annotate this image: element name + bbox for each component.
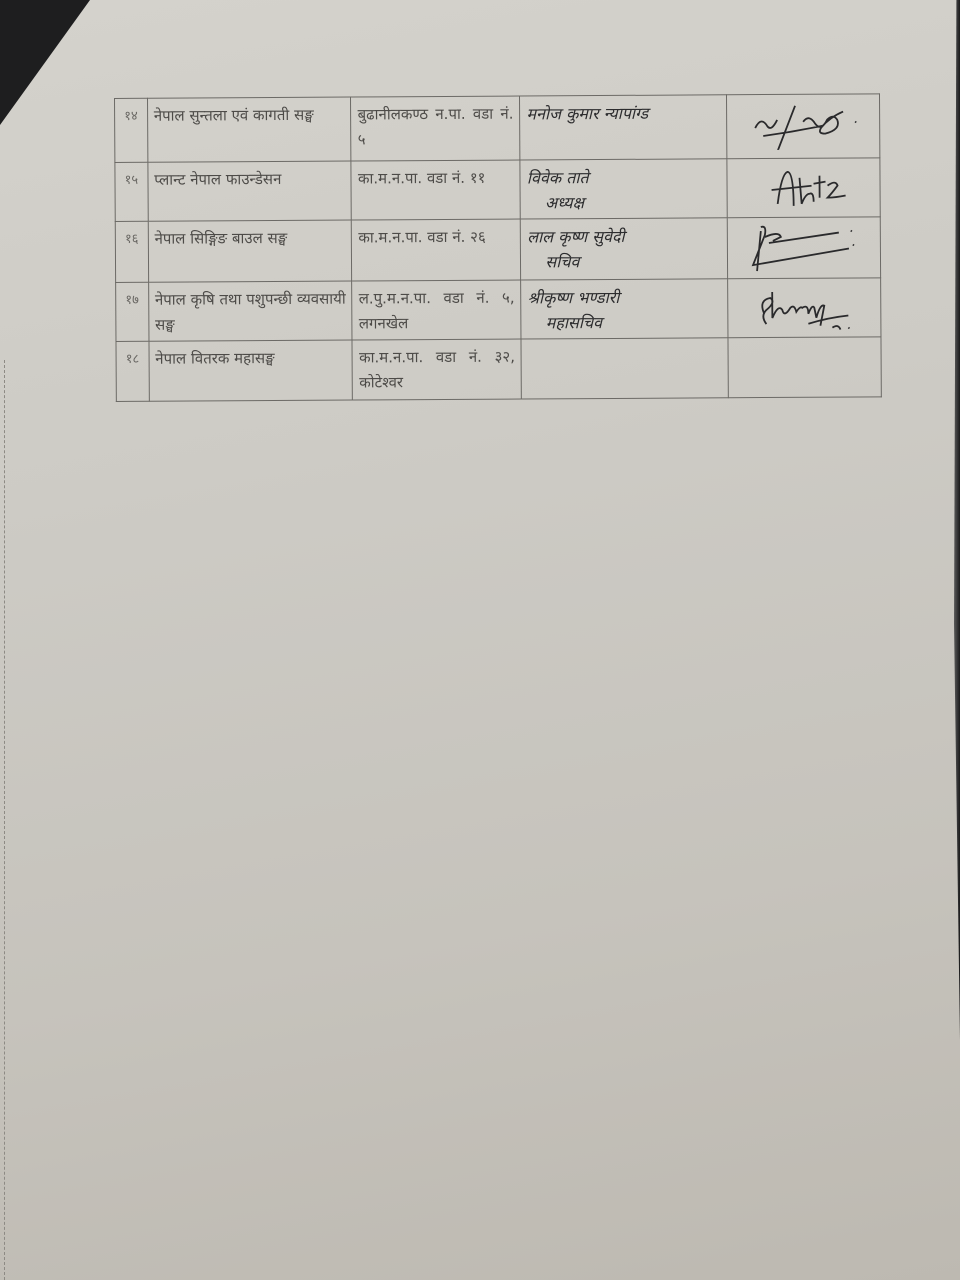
organization-name: नेपाल कृषि तथा पशुपन्छी व्यवसायी सङ्घ — [148, 281, 352, 341]
address: का.म.न.पा. वडा नं. २६ — [352, 219, 521, 281]
address: का.म.न.पा. वडा नं. ११ — [351, 160, 520, 220]
handwritten-name: मनोज कुमार न्यापांग्ड — [520, 95, 727, 160]
table-row: १४ नेपाल सुन्तला एवं कागती सङ्घ बुढानीलक… — [115, 94, 880, 163]
name-text: लाल कृष्ण सुवेदी — [527, 227, 624, 247]
signature-cell — [727, 94, 880, 159]
register-table: १४ नेपाल सुन्तला एवं कागती सङ्घ बुढानीलक… — [114, 93, 882, 402]
address: बुढानीलकण्ठ न.पा. वडा नं. ५ — [351, 96, 520, 161]
organization-name: नेपाल सुन्तला एवं कागती सङ्घ — [147, 97, 351, 162]
handwritten-name: लाल कृष्ण सुवेदी सचिव — [521, 218, 728, 280]
organization-name: नेपाल सिङ्गिङ बाउल सङ्घ — [148, 220, 352, 282]
organization-name: नेपाल वितरक महासङ्घ — [149, 340, 353, 401]
name-text: श्रीकृष्ण भण्डारी — [528, 288, 620, 308]
serial-number: १४ — [115, 98, 148, 162]
serial-number: १५ — [115, 162, 148, 221]
signature-cell — [728, 278, 881, 338]
designation-text: अध्यक्ष — [527, 189, 721, 215]
address: का.म.न.पा. वडा नं. ३२, कोटेश्वर — [352, 339, 521, 400]
handwritten-name — [521, 338, 728, 399]
name-text: विवेक ताते — [527, 168, 589, 187]
signature-icon — [743, 99, 863, 150]
table-row: १७ नेपाल कृषि तथा पशुपन्छी व्यवसायी सङ्घ… — [116, 278, 881, 342]
serial-number: १७ — [116, 282, 149, 341]
signature-cell — [728, 337, 881, 398]
serial-number: १८ — [116, 341, 149, 401]
signature-cell — [727, 158, 880, 218]
table-row: १८ नेपाल वितरक महासङ्घ का.म.न.पा. वडा नं… — [116, 337, 881, 402]
perforation-line — [4, 360, 5, 1280]
address: ल.पु.म.न.पा. वडा नं. ५, लगनखेल — [352, 280, 521, 340]
organization-name: प्लान्ट नेपाल फाउन्डेसन — [148, 161, 352, 221]
table-row: १६ नेपाल सिङ्गिङ बाउल सङ्घ का.म.न.पा. वड… — [115, 217, 880, 283]
name-text: मनोज कुमार न्यापांग्ड — [526, 104, 648, 124]
designation-text: महासचिव — [528, 309, 722, 335]
signature-cell — [728, 217, 881, 279]
handwritten-name: श्रीकृष्ण भण्डारी महासचिव — [521, 279, 728, 339]
designation-text: सचिव — [527, 248, 721, 274]
signature-icon — [744, 163, 864, 210]
serial-number: १६ — [115, 221, 148, 282]
signature-icon — [744, 283, 864, 332]
table-row: १५ प्लान्ट नेपाल फाउन्डेसन का.म.न.पा. वड… — [115, 158, 880, 222]
background-shadow-corner — [0, 0, 90, 125]
signature-icon — [739, 222, 869, 273]
handwritten-name: विवेक ताते अध्यक्ष — [520, 159, 727, 219]
